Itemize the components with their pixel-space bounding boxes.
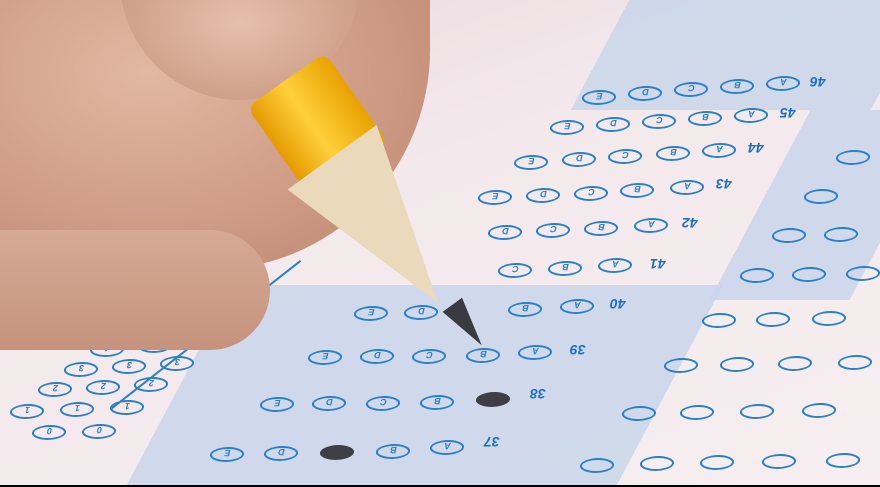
bubble-C[interactable]	[776, 356, 813, 371]
bubble-E[interactable]	[662, 358, 699, 373]
bubble-A[interactable]: A	[668, 180, 705, 195]
bubble-D[interactable]	[754, 312, 791, 327]
id-bubble-2[interactable]: 2	[84, 380, 121, 395]
question-number: 45	[780, 105, 796, 121]
bubble-D[interactable]: D	[594, 117, 631, 132]
question-number: 46	[810, 74, 826, 90]
id-bubble-2[interactable]: 2	[132, 377, 169, 392]
bubble-E[interactable]: E	[512, 155, 549, 170]
question-number: 37	[484, 434, 500, 450]
bubble-A[interactable]	[824, 453, 861, 468]
bubble-B[interactable]	[760, 454, 797, 469]
bubble-C[interactable]	[738, 404, 775, 419]
bubble-A[interactable]: A	[700, 143, 737, 158]
bubble-C[interactable]	[810, 311, 847, 326]
bubble-B[interactable]: B	[582, 221, 619, 236]
bubble-D[interactable]	[678, 405, 715, 420]
question-number: 42	[682, 215, 698, 231]
bubble-D[interactable]: D	[524, 188, 561, 203]
question-number: 44	[748, 140, 764, 156]
bubble-D[interactable]	[718, 357, 755, 372]
bubble-D[interactable]	[638, 456, 675, 471]
bubble-A[interactable]: A	[632, 218, 669, 233]
bubble-E[interactable]: E	[548, 120, 585, 135]
bubble-B[interactable]: B	[618, 183, 655, 198]
id-bubble-1[interactable]: 1	[58, 402, 95, 417]
id-bubble-0[interactable]: 0	[30, 425, 67, 440]
question-number: 43	[716, 176, 732, 192]
sheet-band-upper	[571, 0, 880, 110]
id-bubble-0[interactable]: 0	[80, 424, 117, 439]
question-number: 38	[530, 386, 546, 402]
bubble-A[interactable]: A	[596, 258, 633, 273]
bubble-D[interactable]: D	[560, 152, 597, 167]
id-bubble-2[interactable]: 2	[36, 382, 73, 397]
bubble-B[interactable]: B	[686, 111, 723, 126]
bubble-C[interactable]: C	[572, 186, 609, 201]
bubble-C[interactable]	[844, 266, 880, 281]
question-number: 40	[610, 296, 626, 312]
question-number: 41	[650, 256, 666, 272]
id-bubble-3[interactable]: 3	[62, 362, 99, 377]
bubble-C[interactable]: C	[534, 223, 571, 238]
bubble-B[interactable]: B	[546, 261, 583, 276]
bubble-C[interactable]: C	[496, 263, 533, 278]
bubble-B[interactable]	[836, 355, 873, 370]
bubble-E[interactable]: E	[476, 190, 513, 205]
bubble-C[interactable]: C	[640, 114, 677, 129]
id-bubble-3[interactable]: 3	[110, 359, 147, 374]
thumb	[0, 230, 270, 350]
bubble-B[interactable]: B	[654, 146, 691, 161]
bubble-C[interactable]: C	[606, 149, 643, 164]
bubble-C[interactable]	[698, 455, 735, 470]
bubble-D[interactable]: D	[486, 225, 523, 240]
bubble-B[interactable]	[800, 403, 837, 418]
id-bubble-1[interactable]: 1	[8, 404, 45, 419]
question-number: 39	[570, 342, 586, 358]
photo-scene: 37 A B C D E 38 A B C D E 39 A B C D E 4…	[0, 0, 880, 485]
bubble-E[interactable]	[700, 313, 737, 328]
bubble-A[interactable]: A	[732, 108, 769, 123]
